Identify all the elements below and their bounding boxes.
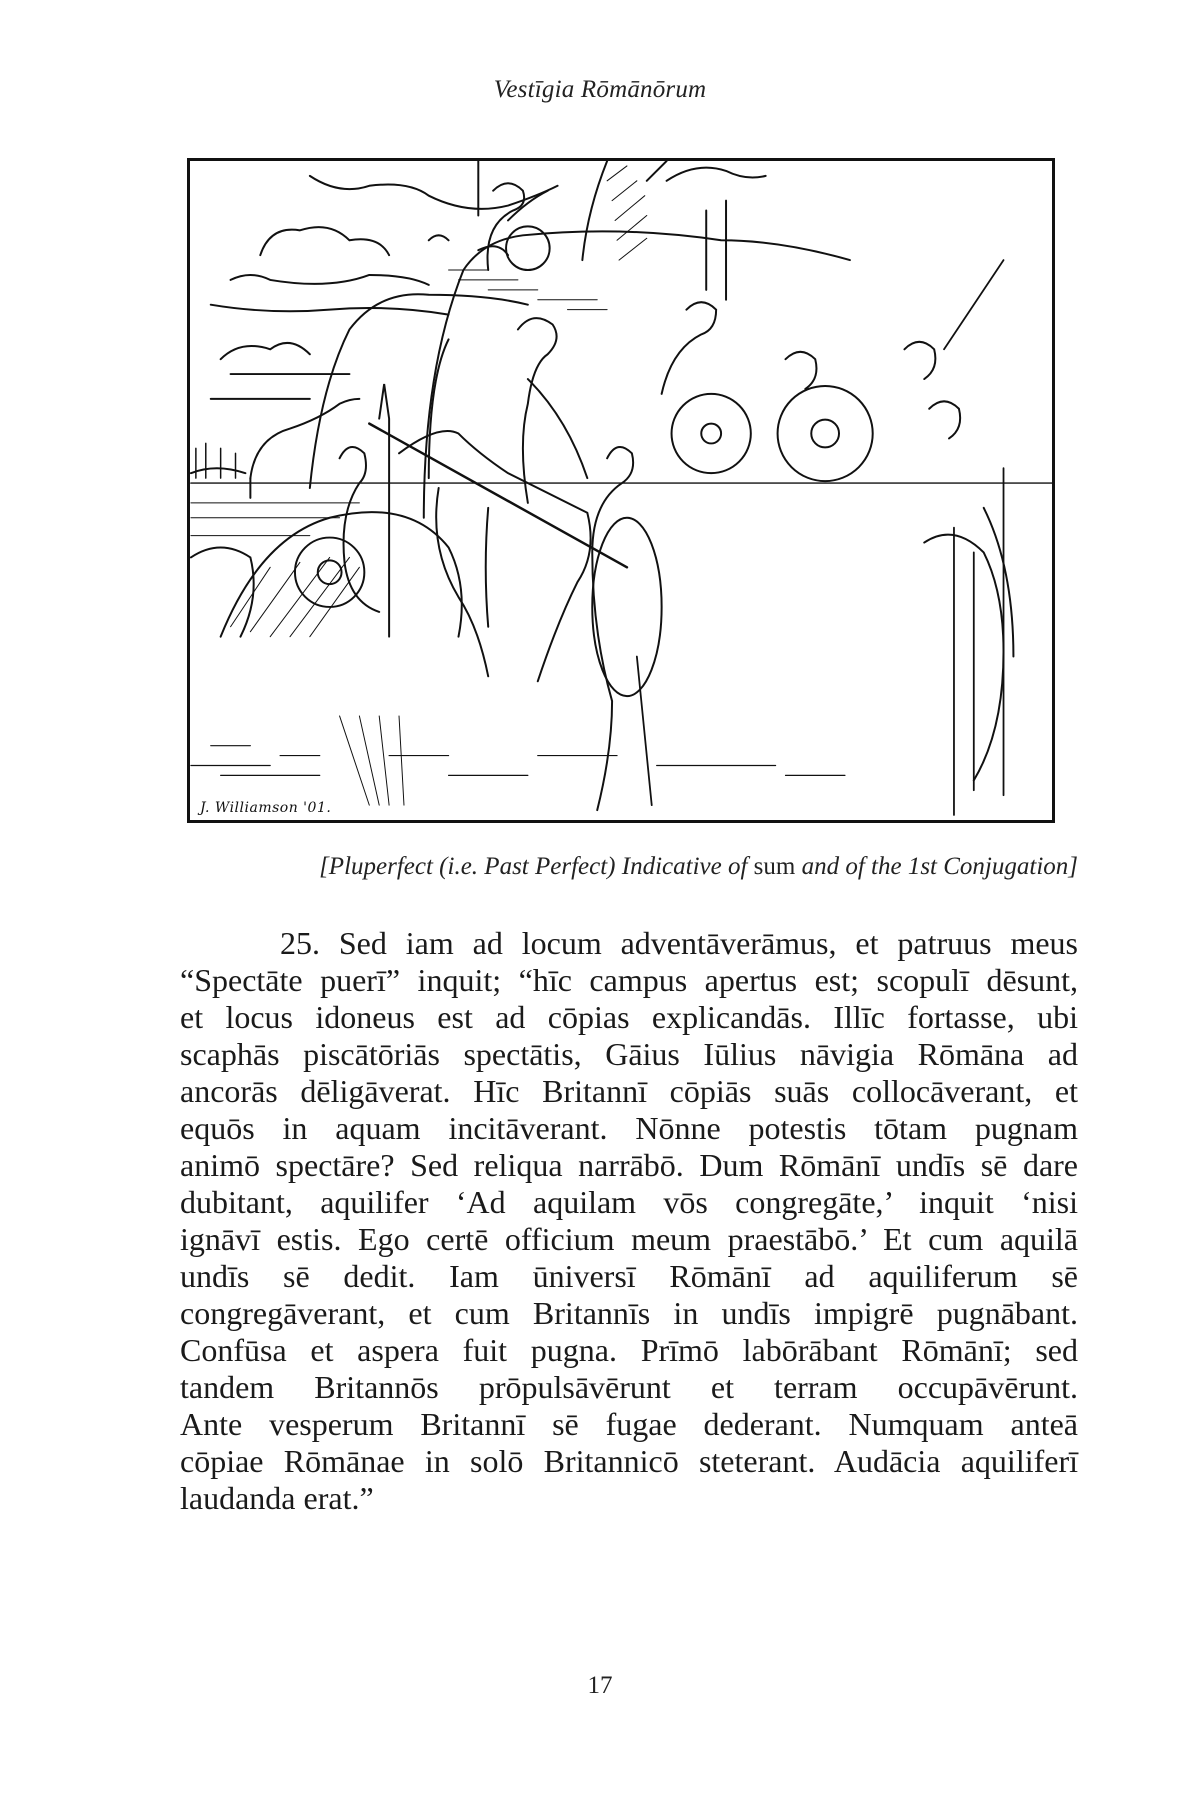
- running-head: Vestīgia Rōmānōrum: [0, 76, 1200, 104]
- text-line: cōpiae Rōmānae in solō Britannicō steter…: [180, 1443, 1078, 1480]
- text-line: “Spectāte puerī” inquit; “hīc campus ape…: [180, 962, 1078, 999]
- text-line: et locus idoneus est ad cōpias explicand…: [180, 999, 1078, 1036]
- text-line: ancorās dēligāverat. Hīc Britannī cōpiās…: [180, 1073, 1078, 1110]
- body-paragraph: 25. Sed iam ad locum adventāverāmus, et …: [180, 925, 1078, 1517]
- artist-signature: J. Williamson '01.: [200, 800, 331, 816]
- illustration: J. Williamson '01.: [187, 158, 1055, 823]
- text-line: equōs in aquam incitāverant. Nōnne potes…: [180, 1110, 1078, 1147]
- text-line: congregāverant, et cum Britannīs in undī…: [180, 1295, 1078, 1332]
- caption-roman-word: sum: [754, 853, 796, 880]
- text-line: dubitant, aquilifer ‘Ad aquilam vōs cong…: [180, 1184, 1078, 1221]
- text-line: tandem Britannōs prōpulsāvērunt et terra…: [180, 1369, 1078, 1406]
- text-line: laudanda erat.”: [180, 1480, 1078, 1517]
- text-line: animō spectāre? Sed reliqua narrābō. Dum…: [180, 1147, 1078, 1184]
- text-line: Confūsa et aspera fuit pugna. Prīmō labō…: [180, 1332, 1078, 1369]
- caption-close: and of the 1st Conjugation]: [795, 853, 1078, 880]
- figure-caption: [Pluperfect (i.e. Past Perfect) Indicati…: [180, 853, 1078, 881]
- battle-scene-illustration: [190, 161, 1052, 820]
- text-line: ignāvī estis. Ego certē officium meum pr…: [180, 1221, 1078, 1258]
- caption-open: [Pluperfect (i.e. Past Perfect) Indicati…: [319, 853, 754, 880]
- text-line: 25. Sed iam ad locum adventāverāmus, et …: [180, 925, 1078, 962]
- text-line: undīs sē dedit. Iam ūniversī Rōmānī ad a…: [180, 1258, 1078, 1295]
- text-line: Ante vesperum Britannī sē fugae dederant…: [180, 1406, 1078, 1443]
- text-line: scaphās piscātōriās spectātis, Gāius Iūl…: [180, 1036, 1078, 1073]
- page-number: 17: [0, 1672, 1200, 1700]
